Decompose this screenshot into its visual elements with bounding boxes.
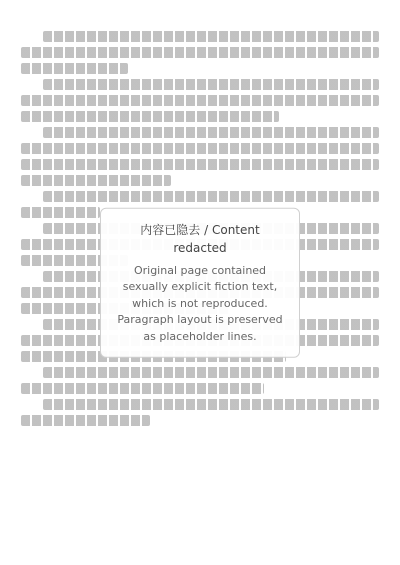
redacted-text-line xyxy=(21,143,379,154)
redacted-text-line xyxy=(21,175,171,186)
redacted-text-line xyxy=(21,383,264,394)
redacted-text-line xyxy=(21,415,150,426)
redacted-text-line xyxy=(21,207,100,218)
reader-page: 内容已隐去 / Content redacted Original page c… xyxy=(0,0,400,565)
redaction-notice-title: 内容已隐去 / Content redacted xyxy=(117,220,283,256)
redacted-text-line xyxy=(21,159,379,170)
redacted-text-line xyxy=(21,47,379,58)
redacted-text-line xyxy=(43,79,379,90)
redacted-text-line xyxy=(43,127,379,138)
redacted-text-line xyxy=(21,111,279,122)
redacted-text-line xyxy=(43,191,379,202)
redaction-notice: 内容已隐去 / Content redacted Original page c… xyxy=(100,207,300,358)
redacted-paragraph xyxy=(21,367,379,394)
redacted-text-line xyxy=(43,399,379,410)
redacted-text-line xyxy=(43,367,379,378)
redacted-paragraph xyxy=(21,31,379,74)
redaction-notice-body: Original page contained sexually explici… xyxy=(117,263,282,342)
redacted-text-line xyxy=(21,95,379,106)
redacted-text-line xyxy=(43,31,379,42)
redacted-paragraph xyxy=(21,127,379,186)
redacted-paragraph xyxy=(21,79,379,122)
redacted-paragraph xyxy=(21,399,379,426)
redacted-text-line xyxy=(21,63,128,74)
